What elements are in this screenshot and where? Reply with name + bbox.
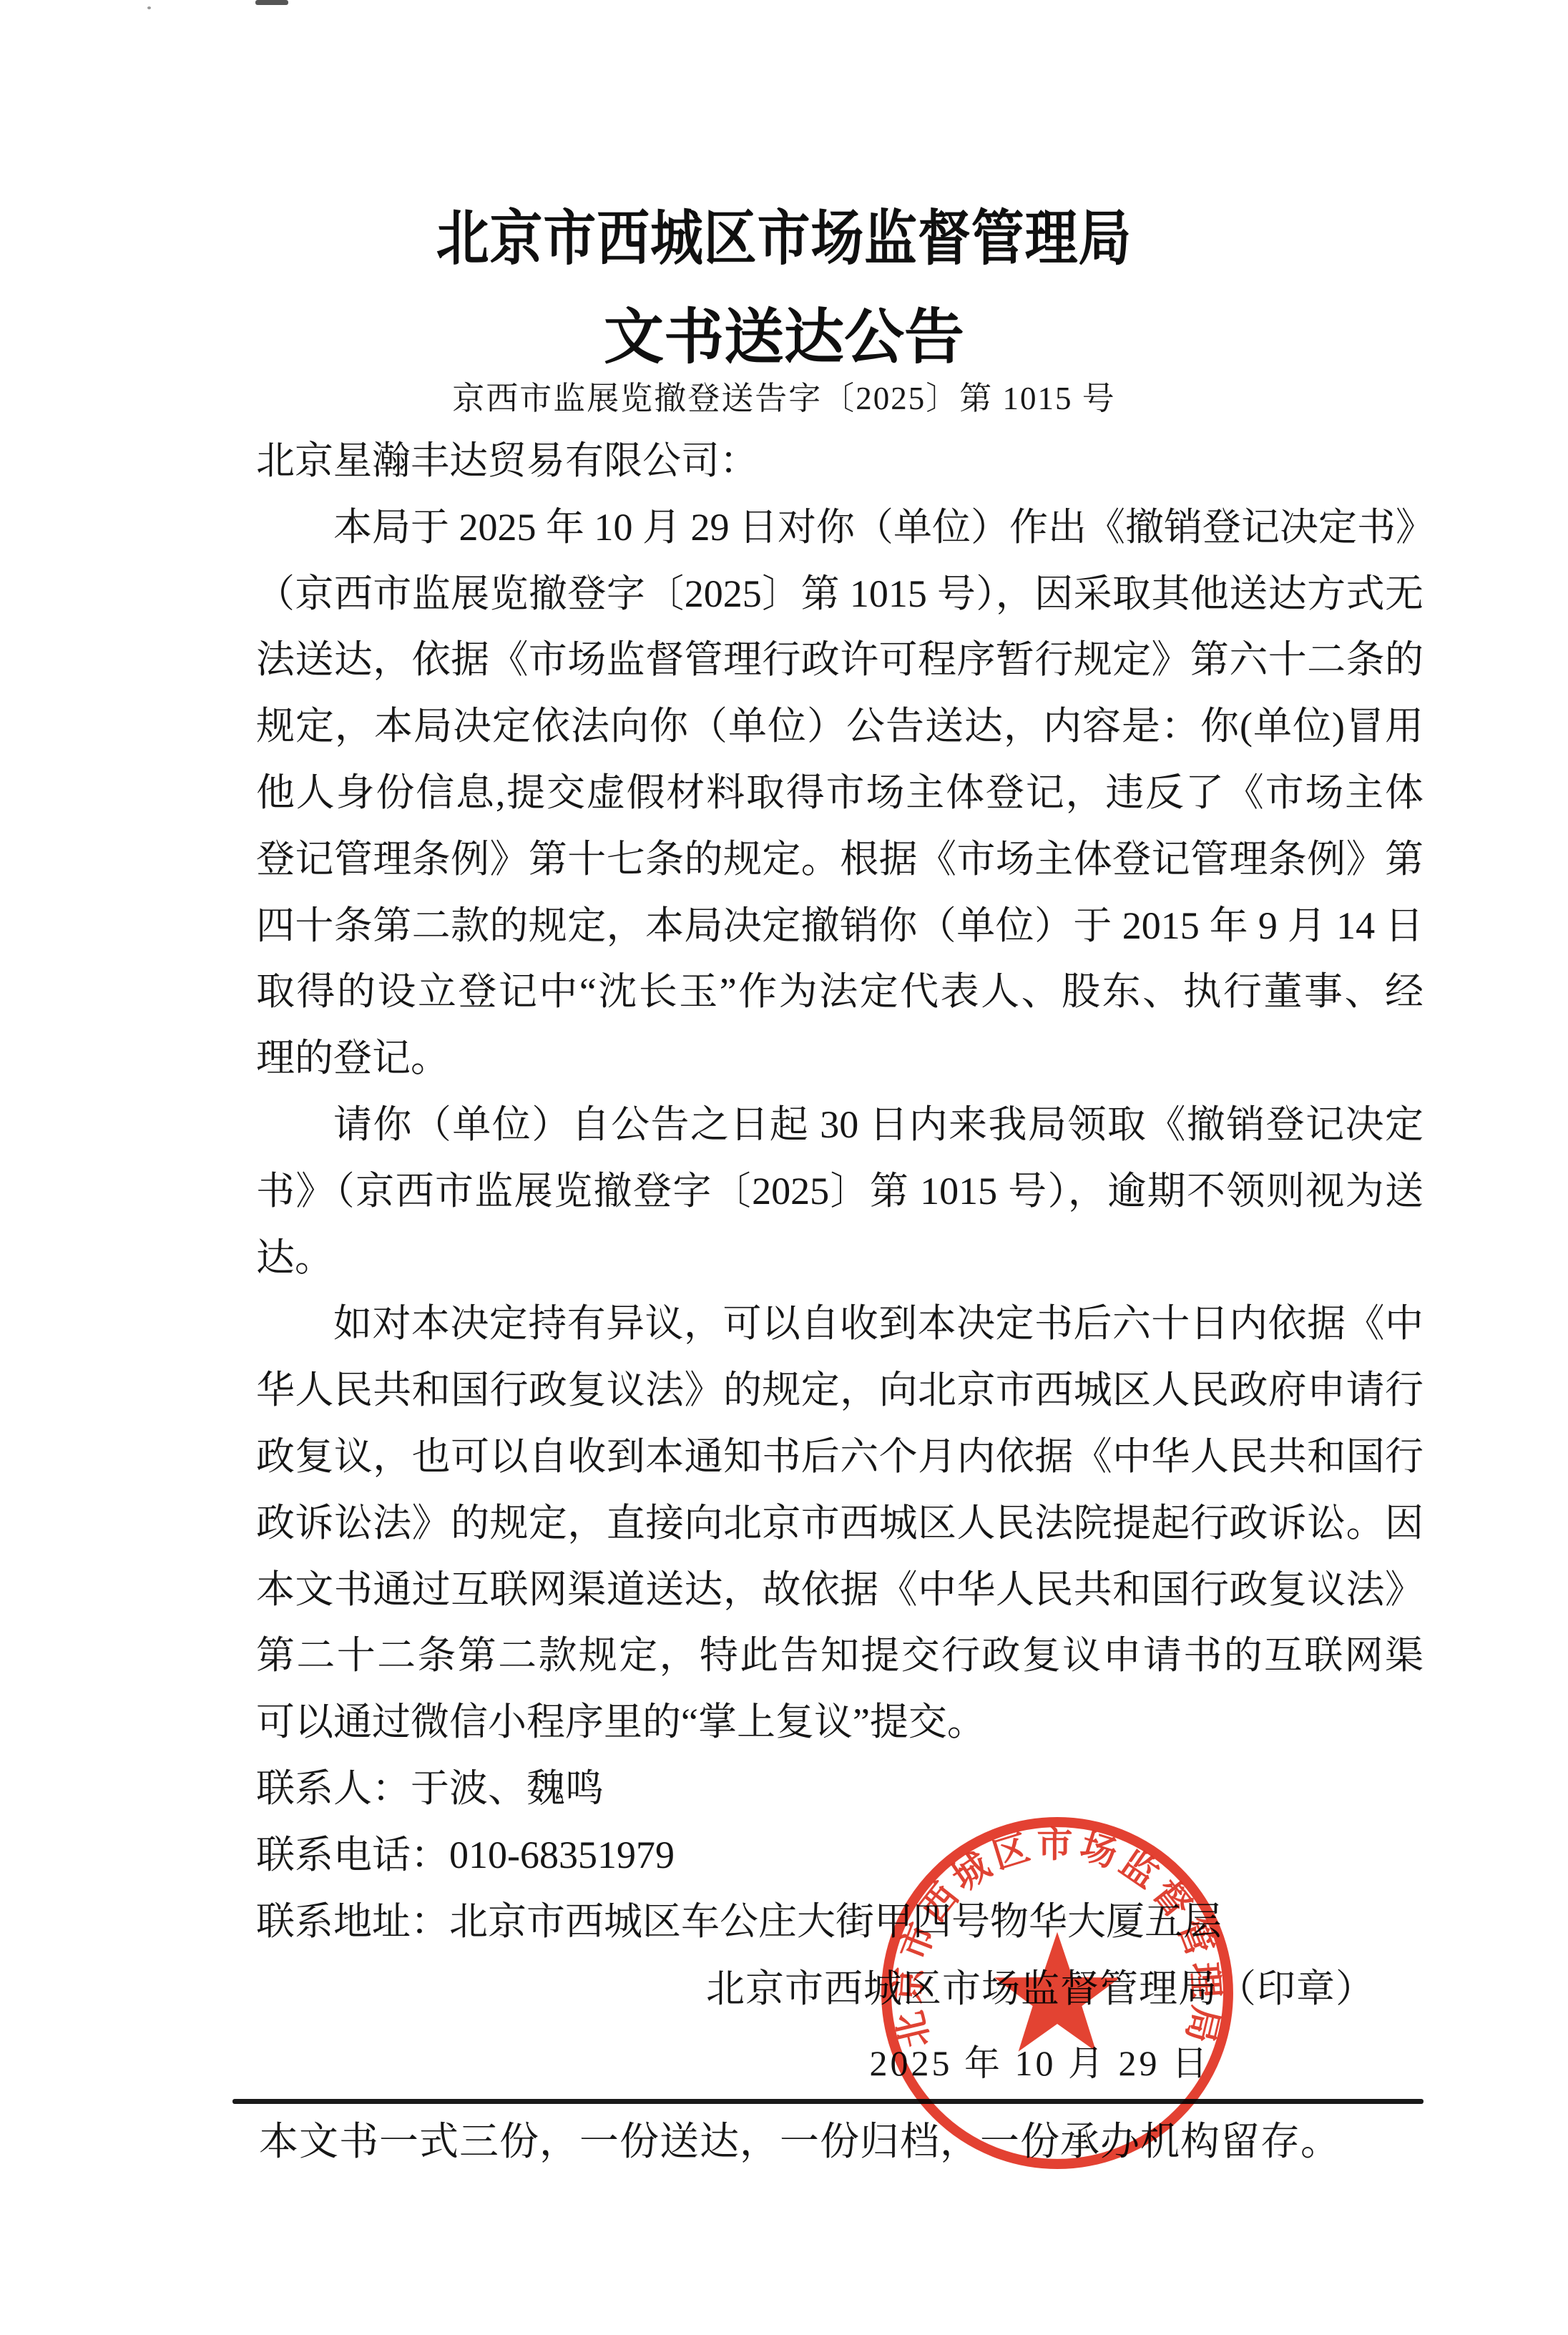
body-line: 请你（单位）自公告之日起 30 日内来我局领取《撤销登记决定	[256, 1092, 1424, 1158]
body-line: 政诉讼法》的规定，直接向北京市西城区人民法院提起行政诉讼。因	[256, 1490, 1424, 1557]
body-line: 本局于 2025 年 10 月 29 日对你（单位）作出《撤销登记决定书》	[256, 494, 1424, 561]
body-line: 登记管理条例》第十七条的规定。根据《市场主体登记管理条例》第	[256, 826, 1424, 893]
footer-divider	[232, 2099, 1424, 2104]
notice-body: 北京星瀚丰达贸易有限公司：本局于 2025 年 10 月 29 日对你（单位）作…	[256, 428, 1424, 1954]
document-page: 北京市西城区市场监督管理局 文书送达公告 京西市监展览撤登送告字〔2025〕第 …	[0, 0, 1568, 2335]
body-line: 可以通过微信小程序里的“掌上复议”提交。	[256, 1689, 1424, 1756]
notice-title: 文书送达公告	[0, 300, 1568, 376]
body-line: 达。	[256, 1225, 1424, 1291]
body-line: 联系地址：北京市西城区车公庄大街甲四号物华大厦五层	[256, 1889, 1424, 1955]
official-seal: 北京市西城区市场监督管理局	[874, 1810, 1240, 2176]
body-line: 取得的设立登记中“沈长玉”作为法定代表人、股东、执行董事、经	[256, 959, 1424, 1025]
body-line: 联系电话：010-68351979	[256, 1822, 1424, 1889]
body-line: 规定，本局决定依法向你（单位）公告送达，内容是：你(单位)冒用	[256, 693, 1424, 760]
body-line: 北京星瀚丰达贸易有限公司：	[256, 428, 1424, 494]
copies-note: 本文书一式三份，一份送达，一份归档，一份承办机构留存。	[259, 2119, 1432, 2165]
scan-smudge	[255, 0, 288, 5]
body-line: 法送达，依据《市场监督管理行政许可程序暂行规定》第六十二条的	[256, 627, 1424, 693]
body-line: （京西市监展览撤登字〔2025〕第 1015 号），因采取其他送达方式无	[256, 561, 1424, 627]
body-line: 政复议，也可以自收到本通知书后六个月内依据《中华人民共和国行	[256, 1424, 1424, 1490]
star-icon	[994, 1932, 1120, 2052]
scan-smudge	[147, 6, 151, 9]
body-line: 四十条第二款的规定，本局决定撤销你（单位）于 2015 年 9 月 14 日	[256, 893, 1424, 959]
body-line: 理的登记。	[256, 1025, 1424, 1092]
body-line: 联系人：于波、魏鸣	[256, 1756, 1424, 1822]
agency-title: 北京市西城区市场监督管理局	[94, 202, 1474, 277]
body-line: 书》（京西市监展览撤登字〔2025〕第 1015 号），逾期不领则视为送	[256, 1158, 1424, 1225]
body-line: 如对本决定持有异议，可以自收到本决定书后六十日内依据《中	[256, 1291, 1424, 1357]
body-line: 第二十二条第二款规定，特此告知提交行政复议申请书的互联网渠道：	[256, 1622, 1424, 1689]
body-line: 他人身份信息,提交虚假材料取得市场主体登记，违反了《市场主体	[256, 760, 1424, 826]
body-line: 华人民共和国行政复议法》的规定，向北京市西城区人民政府申请行	[256, 1357, 1424, 1424]
body-line: 本文书通过互联网渠道送达，故依据《中华人民共和国行政复议法》	[256, 1557, 1424, 1623]
document-number: 京西市监展览撤登送告字〔2025〕第 1015 号	[0, 379, 1568, 418]
